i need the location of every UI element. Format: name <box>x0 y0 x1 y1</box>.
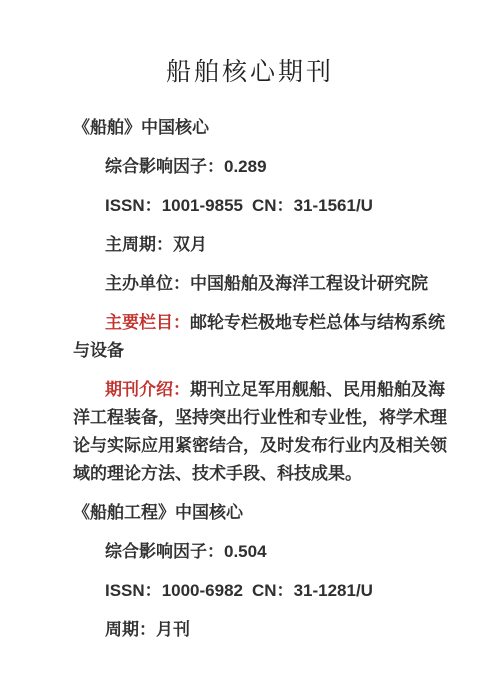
issn-value: 1000-6982 <box>162 581 243 600</box>
cycle-value: 月刊 <box>156 620 190 639</box>
impact-factor-value: 0.504 <box>224 542 267 561</box>
journal-name-text: 《船舶》中国核心 <box>73 118 209 137</box>
issn-label: ISSN： <box>105 196 162 215</box>
journal-name: 《船舶工程》中国核心 <box>73 499 500 527</box>
issn-value: 1001-9855 <box>162 196 243 215</box>
impact-factor-value: 0.289 <box>224 157 267 176</box>
issn-label: ISSN： <box>105 581 162 600</box>
journal-entry-chuanbo: 《船舶》中国核心 综合影响因子：0.289 ISSN：1001-9855CN：3… <box>0 114 500 488</box>
journal-name-text: 《船舶工程》中国核心 <box>73 503 243 522</box>
issn-cn-line: ISSN：1001-9855CN：31-1561/U <box>105 192 500 220</box>
cycle-value: 双月 <box>173 235 207 254</box>
issn-cn-line: ISSN：1000-6982CN：31-1281/U <box>105 577 500 605</box>
impact-factor-line: 综合影响因子：0.289 <box>105 153 500 181</box>
organizer-label: 主办单位： <box>105 274 190 293</box>
page-title: 船舶核心期刊 <box>0 0 500 88</box>
document-page: 船舶核心期刊 《船舶》中国核心 综合影响因子：0.289 ISSN：1001-9… <box>0 0 500 687</box>
cycle-label: 主周期： <box>105 235 173 254</box>
cycle-line: 周期：月刊 <box>105 616 500 644</box>
journal-name: 《船舶》中国核心 <box>73 114 500 142</box>
intro-paragraph: 期刊介绍：期刊立足军用舰船、民用船舶及海洋工程装备，坚持突出行业性和专业性，将学… <box>73 376 449 488</box>
columns-paragraph: 主要栏目：邮轮专栏极地专栏总体与结构系统与设备 <box>73 309 449 365</box>
journal-entry-chuanbo-gongcheng: 《船舶工程》中国核心 综合影响因子：0.504 ISSN：1000-6982CN… <box>0 499 500 644</box>
cn-label: CN： <box>252 196 294 215</box>
cn-label: CN： <box>252 581 294 600</box>
cn-value: 31-1561/U <box>294 196 373 215</box>
cn-value: 31-1281/U <box>294 581 373 600</box>
organizer-line: 主办单位：中国船舶及海洋工程设计研究院 <box>105 270 500 298</box>
impact-factor-label: 综合影响因子： <box>105 157 224 176</box>
intro-label: 期刊介绍： <box>105 380 190 399</box>
columns-label: 主要栏目： <box>105 313 190 332</box>
cycle-label: 周期： <box>105 620 156 639</box>
impact-factor-label: 综合影响因子： <box>105 542 224 561</box>
impact-factor-line: 综合影响因子：0.504 <box>105 538 500 566</box>
cycle-line: 主周期：双月 <box>105 231 500 259</box>
organizer-value: 中国船舶及海洋工程设计研究院 <box>190 274 428 293</box>
